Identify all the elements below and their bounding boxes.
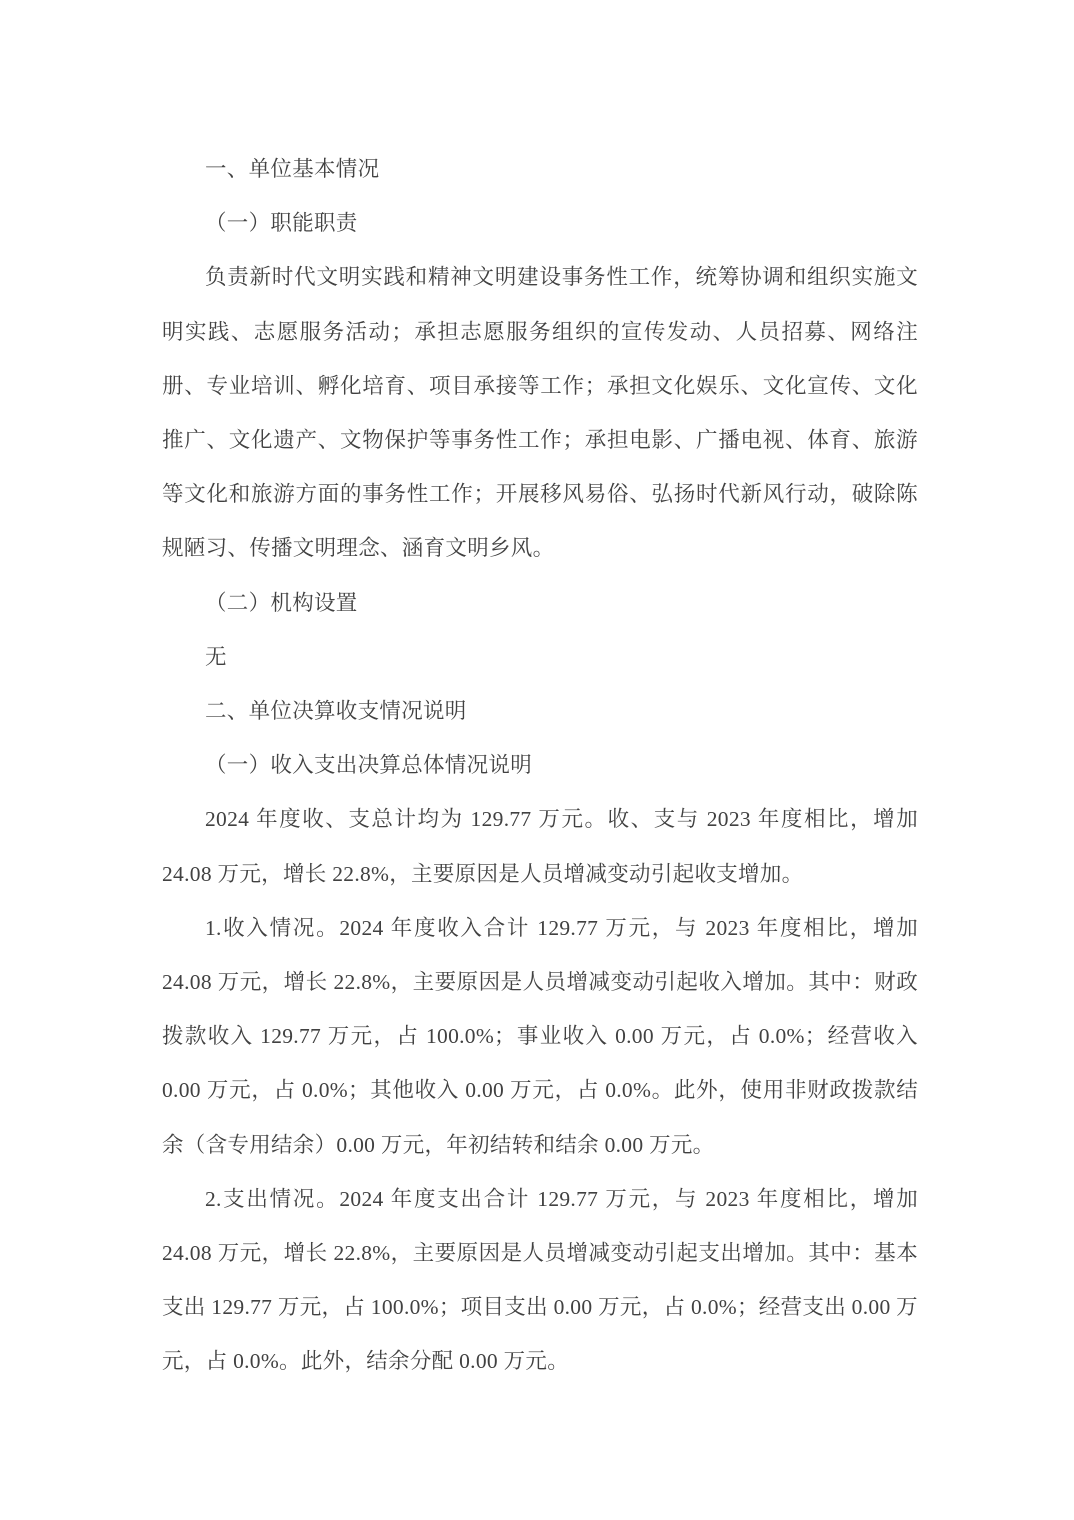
paragraph-expense-detail: 2.支出情况。2024 年度支出合计 129.77 万元，与 2023 年度相比… — [162, 1172, 918, 1389]
heading-section-1-unit-basic-info: 一、单位基本情况 — [162, 142, 918, 196]
paragraph-org-structure-none: 无 — [162, 630, 918, 684]
heading-2-1-income-expense-overview: （一）收入支出决算总体情况说明 — [162, 738, 918, 792]
heading-section-2-final-accounts: 二、单位决算收支情况说明 — [162, 684, 918, 738]
paragraph-total-income-expense: 2024 年度收、支总计均为 129.77 万元。收、支与 2023 年度相比，… — [162, 792, 918, 900]
document-page: 一、单位基本情况 （一）职能职责 负责新时代文明实践和精神文明建设事务性工作，统… — [0, 0, 1074, 1520]
paragraph-income-detail: 1.收入情况。2024 年度收入合计 129.77 万元，与 2023 年度相比… — [162, 901, 918, 1172]
heading-1-1-duties: （一）职能职责 — [162, 196, 918, 250]
heading-1-2-org-structure: （二）机构设置 — [162, 576, 918, 630]
paragraph-duties-description: 负责新时代文明实践和精神文明建设事务性工作，统筹协调和组织实施文明实践、志愿服务… — [162, 250, 918, 575]
